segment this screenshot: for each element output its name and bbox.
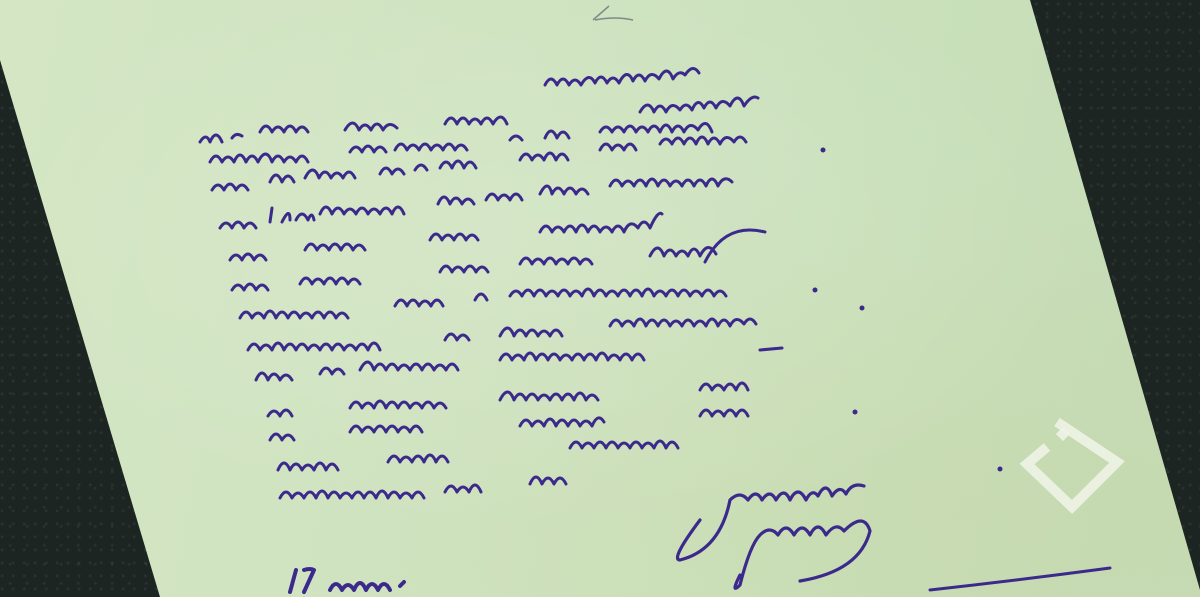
script-line-12 [270,410,748,440]
script-line-7 [232,230,765,290]
script-line-1 [545,68,699,85]
script-line-14 [280,477,566,498]
script-line-11 [268,383,748,416]
script-line-8 [240,289,726,318]
diamond-logo-icon [1012,402,1132,522]
script-line-9 [248,319,756,350]
script-line-13 [278,441,678,470]
script-line-2 [200,97,758,142]
script-line-10 [256,348,782,380]
signature-underline [930,568,1110,590]
